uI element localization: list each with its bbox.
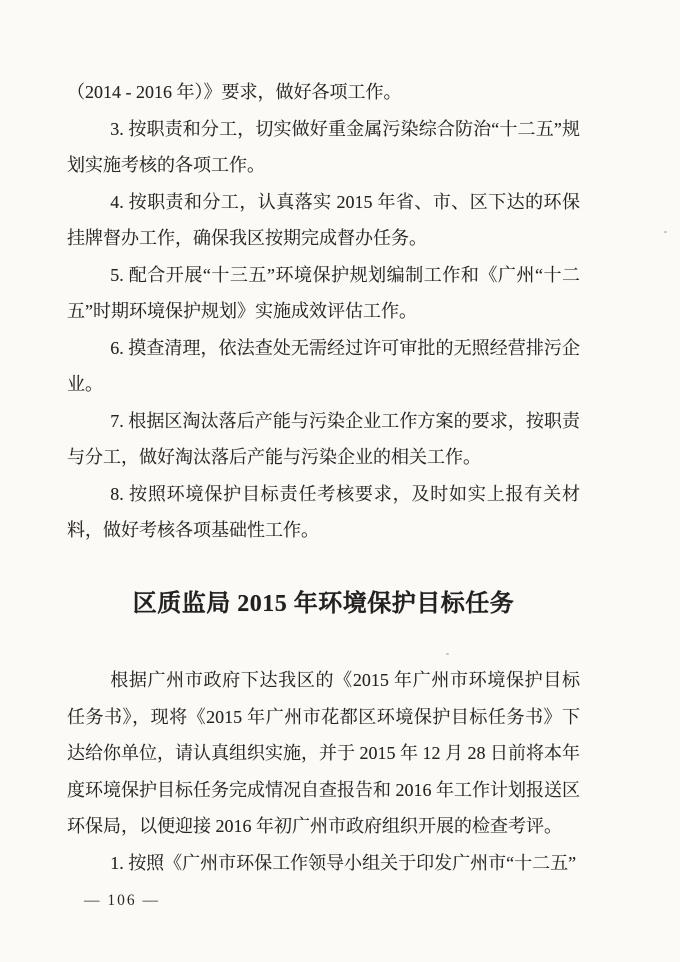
paragraph-item-4: 4. 按职责和分工，认真落实 2015 年省、市、区下达的环保挂牌督办工作，确保… <box>67 184 580 257</box>
paragraph-item-8: 8. 按照环境保护目标责任考核要求，及时如实上报有关材料，做好考核各项基础性工作… <box>67 476 580 549</box>
body-text-top: （2014 - 2016 年）》要求，做好各项工作。 3. 按职责和分工，切实做… <box>67 74 580 549</box>
paragraph-item-7: 7. 根据区淘汰落后产能与污染企业工作方案的要求，按职责与分工，做好淘汰落后产能… <box>67 403 580 476</box>
body-text-bottom: 根据广州市政府下达我区的《2015 年广州市环境保护目标任务书》，现将《2015… <box>67 662 580 881</box>
scan-speck <box>446 653 449 655</box>
paragraph-item-3: 3. 按职责和分工，切实做好重金属污染综合防治“十二五”规划实施考核的各项工作。 <box>67 111 580 184</box>
paragraph-item-6: 6. 摸查清理，依法查处无需经过许可审批的无照经营排污企业。 <box>67 330 580 403</box>
paragraph-item-1: 1. 按照《广州市环保工作领导小组关于印发广州市“十二五” <box>67 845 580 882</box>
page-number: — 106 — <box>84 892 160 910</box>
paragraph-intro: 根据广州市政府下达我区的《2015 年广州市环境保护目标任务书》，现将《2015… <box>67 662 580 845</box>
paragraph-continuation: （2014 - 2016 年）》要求，做好各项工作。 <box>67 74 580 111</box>
section-title: 区质监局 2015 年环境保护目标任务 <box>67 586 580 622</box>
paragraph-item-5: 5. 配合开展“十三五”环境保护规划编制工作和《广州“十二五”时期环境保护规划》… <box>67 257 580 330</box>
document-page: （2014 - 2016 年）》要求，做好各项工作。 3. 按职责和分工，切实做… <box>0 0 680 962</box>
scan-speck <box>664 231 667 233</box>
